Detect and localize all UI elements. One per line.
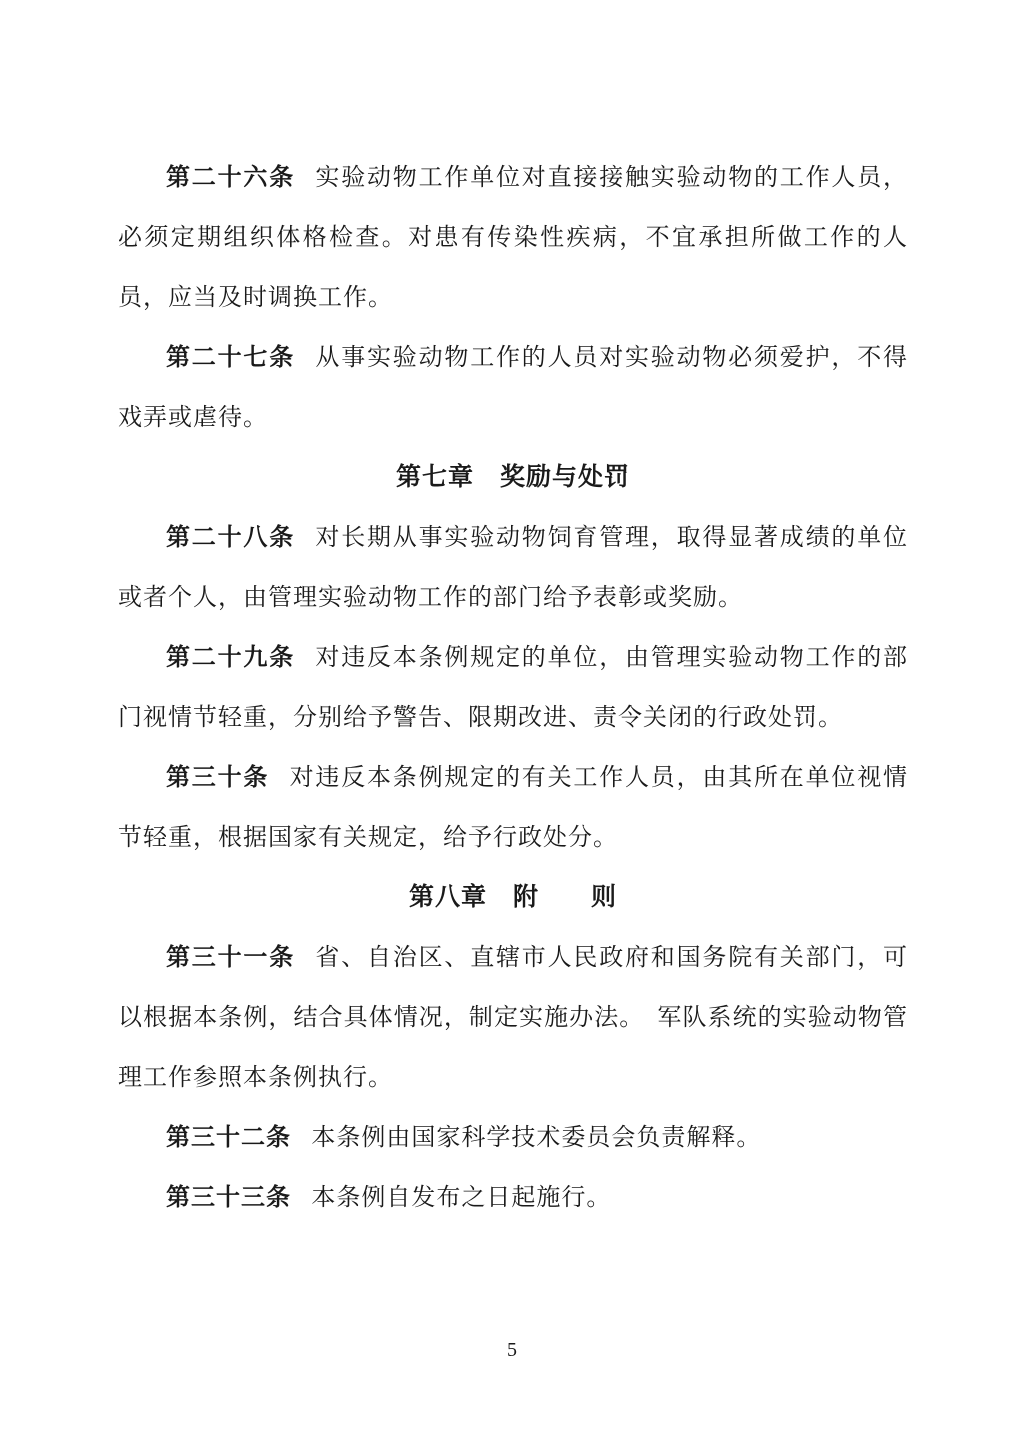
- article-paragraph-27: 第二十七条从事实验动物工作的人员对实验动物必须爱护，不得戏弄或虐待。: [118, 328, 908, 448]
- article-number: 第二十八条: [166, 525, 295, 551]
- article-number: 第二十七条: [166, 345, 295, 371]
- article-number: 第三十三条: [166, 1185, 291, 1211]
- chapter-heading-7: 第七章 奖励与处罚: [118, 448, 908, 508]
- article-paragraph-28: 第二十八条对长期从事实验动物饲育管理，取得显著成绩的单位或者个人，由管理实验动物…: [118, 508, 908, 628]
- article-text: 本条例由国家科学技术委员会负责解释。: [311, 1125, 761, 1151]
- article-paragraph-26: 第二十六条实验动物工作单位对直接接触实验动物的工作人员，必须定期组织体格检查。对…: [118, 148, 908, 328]
- article-number: 第二十九条: [166, 645, 295, 671]
- article-paragraph-33: 第三十三条本条例自发布之日起施行。: [118, 1168, 908, 1228]
- chapter-heading-8: 第八章 附 则: [118, 868, 908, 928]
- article-text: 本条例自发布之日起施行。: [311, 1185, 611, 1211]
- article-number: 第二十六条: [166, 165, 295, 191]
- document-body: 第二十六条实验动物工作单位对直接接触实验动物的工作人员，必须定期组织体格检查。对…: [118, 148, 908, 1228]
- article-paragraph-30: 第三十条对违反本条例规定的有关工作人员，由其所在单位视情节轻重，根据国家有关规定…: [118, 748, 908, 868]
- article-number: 第三十一条: [166, 945, 295, 971]
- article-number: 第三十二条: [166, 1125, 291, 1151]
- article-paragraph-31: 第三十一条省、自治区、直辖市人民政府和国务院有关部门，可以根据本条例，结合具体情…: [118, 928, 908, 1108]
- article-paragraph-29: 第二十九条对违反本条例规定的单位，由管理实验动物工作的部门视情节轻重，分别给予警…: [118, 628, 908, 748]
- document-page: 第二十六条实验动物工作单位对直接接触实验动物的工作人员，必须定期组织体格检查。对…: [0, 0, 1024, 1448]
- article-paragraph-32: 第三十二条本条例由国家科学技术委员会负责解释。: [118, 1108, 908, 1168]
- page-number: 5: [0, 1335, 1024, 1365]
- article-number: 第三十条: [166, 765, 269, 791]
